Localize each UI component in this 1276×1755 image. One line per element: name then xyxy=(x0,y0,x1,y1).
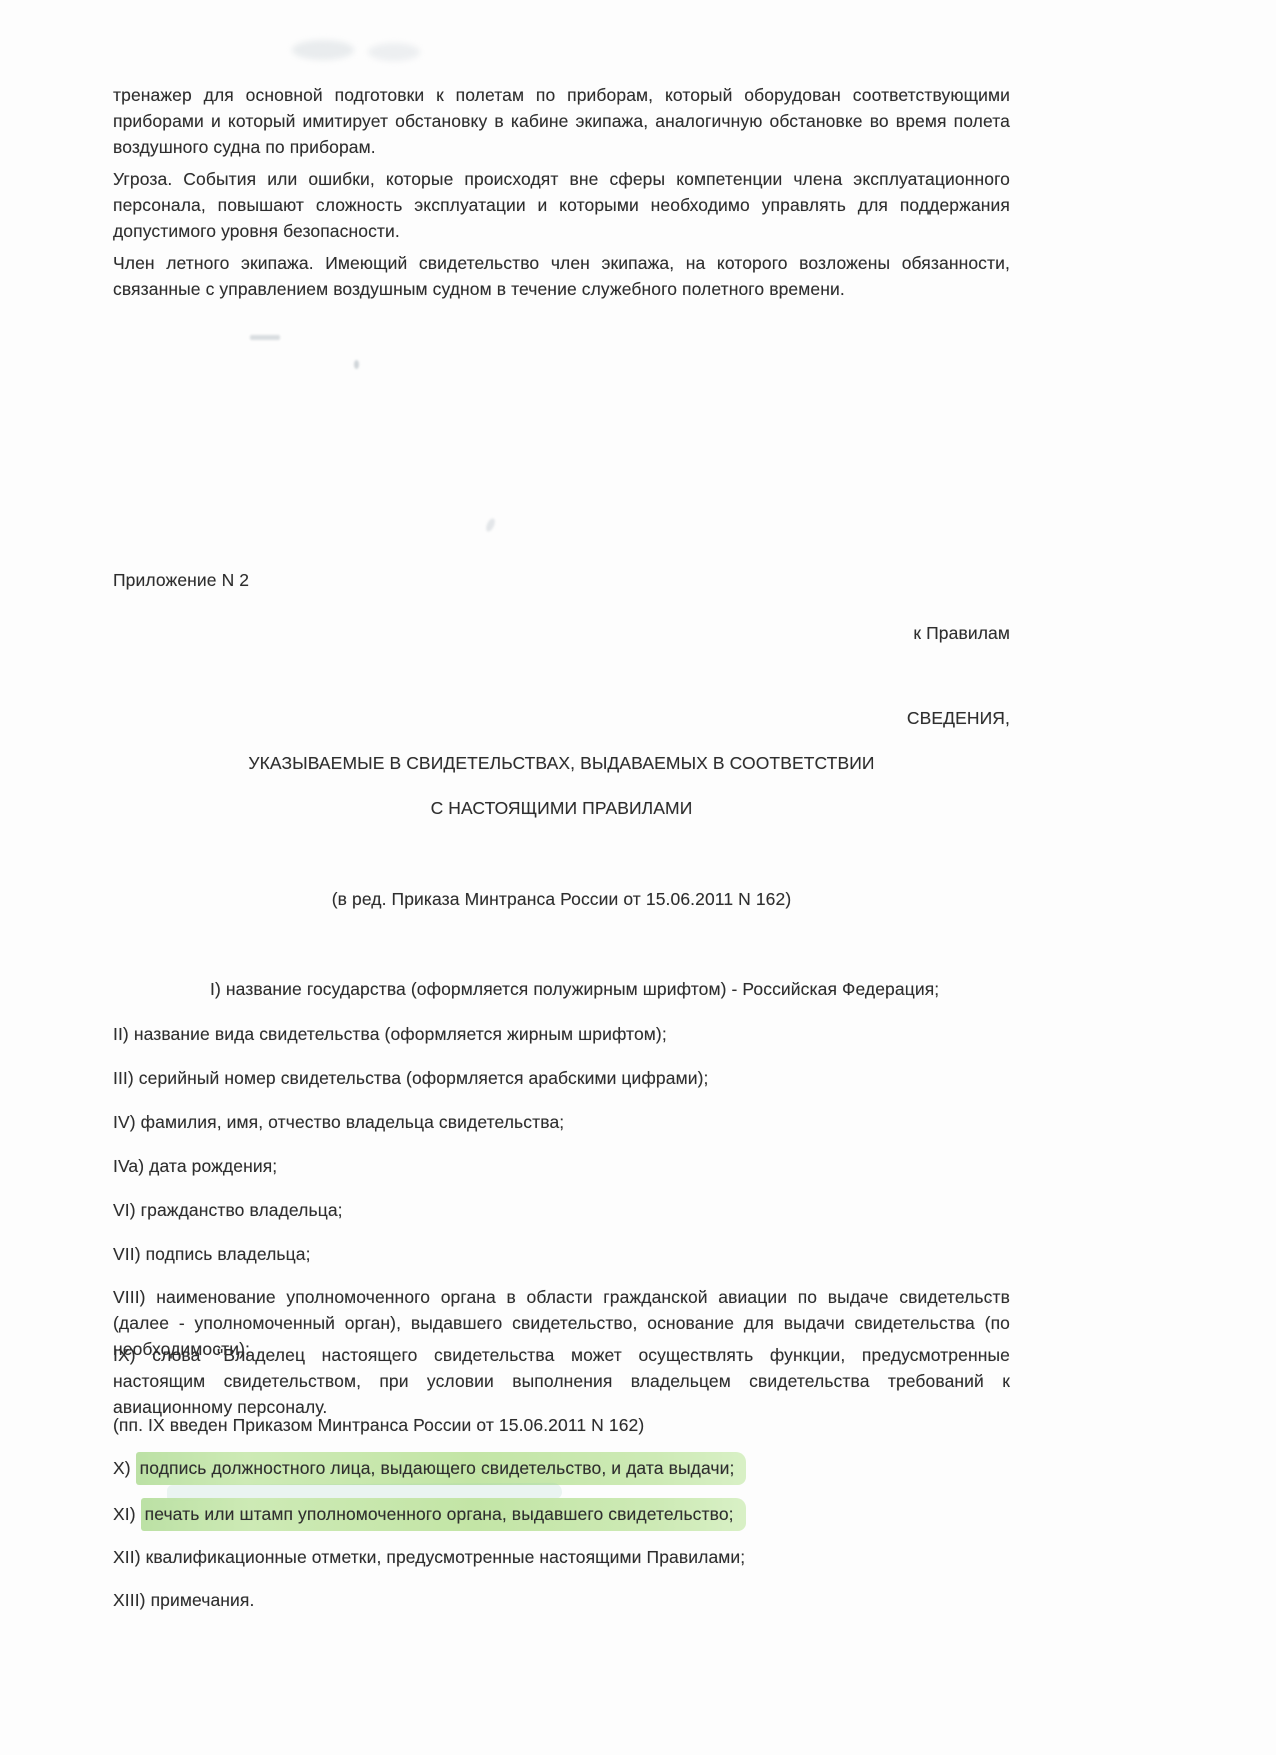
list-item-text: серийный номер свидетельства (оформляетс… xyxy=(139,1068,709,1088)
scan-artifact xyxy=(292,40,354,60)
list-item-VI: VI) гражданство владельца; xyxy=(113,1197,1010,1223)
list-item-text: фамилия, имя, отчество владельца свидете… xyxy=(141,1112,565,1132)
list-item-label: IV) xyxy=(113,1112,136,1132)
list-item-label: XIII) xyxy=(113,1590,146,1610)
scan-artifact xyxy=(484,517,496,533)
list-item-IX: IX) слова "Владелец настоящего свидетель… xyxy=(113,1342,1010,1420)
intro-paragraph-threat: Угроза. События или ошибки, которые прои… xyxy=(113,166,1010,244)
list-item-text: квалификационные отметки, предусмотренны… xyxy=(146,1547,746,1567)
list-item-XI: XI) печать или штамп уполномоченного орг… xyxy=(113,1501,1010,1527)
list-item-label: II) xyxy=(113,1024,129,1044)
list-item-label: VII) xyxy=(113,1244,141,1264)
edition-note: (в ред. Приказа Минтранса России от 15.0… xyxy=(113,886,1010,912)
highlighted-text: печать или штамп уполномоченного органа,… xyxy=(141,1498,746,1531)
list-item-text: дата рождения; xyxy=(149,1156,277,1176)
scanned-document-page: тренажер для основной подготовки к полет… xyxy=(0,0,1276,1755)
list-item-label: I) xyxy=(210,979,221,999)
highlighted-text: подпись должностного лица, выдающего сви… xyxy=(136,1452,747,1485)
appendix-number: Приложение N 2 xyxy=(113,567,1010,593)
appendix-target: к Правилам xyxy=(113,620,1010,646)
list-item-label: X) xyxy=(113,1458,131,1478)
intro-paragraph-trainer: тренажер для основной подготовки к полет… xyxy=(113,82,1010,160)
list-item-label: III) xyxy=(113,1068,134,1088)
list-item-II: II) название вида свидетельства (оформля… xyxy=(113,1021,1010,1047)
list-item-label: IVa) xyxy=(113,1156,144,1176)
list-item-text: слова "Владелец настоящего свидетельства… xyxy=(113,1345,1010,1417)
intro-paragraph-flight-crew-member: Член летного экипажа. Имеющий свидетельс… xyxy=(113,250,1010,302)
list-item-XII: XII) квалификационные отметки, предусмот… xyxy=(113,1544,1010,1570)
list-item-text: примечания. xyxy=(151,1590,255,1610)
list-item-label: XI) xyxy=(113,1504,136,1524)
list-item-label: VI) xyxy=(113,1200,136,1220)
list-item-I: I) название государства (оформляется пол… xyxy=(113,976,1010,1002)
list-item-VII: VII) подпись владельца; xyxy=(113,1241,1010,1267)
scan-artifact xyxy=(368,43,420,61)
scan-artifact-stray-quote: ’ xyxy=(988,1296,991,1313)
list-item-IV: IV) фамилия, имя, отчество владельца сви… xyxy=(113,1109,1010,1135)
list-item-text: подпись владельца; xyxy=(146,1244,311,1264)
doc-title-line-1: СВЕДЕНИЯ, xyxy=(113,705,1010,731)
doc-title-line-3: С НАСТОЯЩИМИ ПРАВИЛАМИ xyxy=(113,795,1010,821)
scan-artifact xyxy=(354,360,359,369)
list-item-text: название вида свидетельства (оформляется… xyxy=(134,1024,667,1044)
list-item-text: гражданство владельца; xyxy=(141,1200,343,1220)
list-item-label: VIII) xyxy=(113,1287,146,1307)
doc-title-line-2: УКАЗЫВАЕМЫЕ В СВИДЕТЕЛЬСТВАХ, ВЫДАВАЕМЫХ… xyxy=(113,750,1010,776)
list-item-IVa: IVa) дата рождения; xyxy=(113,1153,1010,1179)
list-item-III: III) серийный номер свидетельства (оформ… xyxy=(113,1065,1010,1091)
amendment-note: (пп. IX введен Приказом Минтранса России… xyxy=(113,1412,1010,1438)
list-item-XIII: XIII) примечания. xyxy=(113,1587,1010,1613)
list-item-X: X) подпись должностного лица, выдающего … xyxy=(113,1455,1010,1481)
list-item-label: XII) xyxy=(113,1547,141,1567)
list-item-text: название государства (оформляется полужи… xyxy=(226,979,939,999)
list-item-label: IX) xyxy=(113,1345,136,1365)
scan-artifact xyxy=(250,335,280,340)
